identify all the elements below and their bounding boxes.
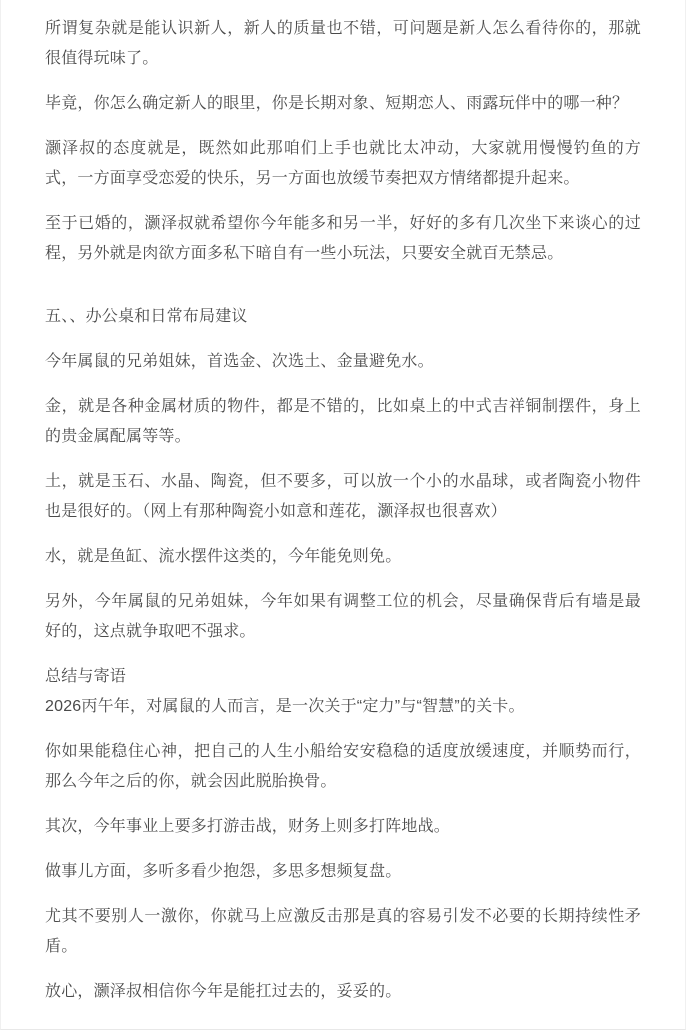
article-page: 所谓复杂就是能认识新人，新人的质量也不错，可问题是新人怎么看待你的，那就很值得玩… [0, 0, 686, 1030]
paragraph: 其次，今年事业上要多打游击战，财务上则多打阵地战。 [45, 812, 641, 842]
paragraph: 至于已婚的，灏泽叔就希望你今年能多和另一半，好好的多有几次坐下来谈心的过程，另外… [45, 209, 641, 269]
paragraph: 金，就是各种金属材质的物件，都是不错的，比如桌上的中式吉祥铜制摆件，身上的贵金属… [45, 392, 641, 452]
paragraph: 放心，灏泽叔相信你今年是能扛过去的，妥妥的。 [45, 977, 641, 1007]
summary-intro: 2026丙午年，对属鼠的人而言，是一次关于“定力”与“智慧”的关卡。 [45, 698, 525, 715]
summary-heading: 总结与寄语 [45, 668, 126, 685]
paragraph: 土，就是玉石、水晶、陶瓷，但不要多，可以放一个小的水晶球，或者陶瓷小物件也是很好… [45, 467, 641, 527]
paragraph: 尤其不要别人一激你，你就马上应激反击那是真的容易引发不必要的长期持续性矛盾。 [45, 902, 641, 962]
paragraph: 灏泽叔的态度就是，既然如此那咱们上手也就比太冲动，大家就用慢慢钓鱼的方式，一方面… [45, 134, 641, 194]
paragraph: 你如果能稳住心神，把自己的人生小船给安安稳稳的适度放缓速度，并顺势而行，那么今年… [45, 737, 641, 797]
paragraph: 毕竟，你怎么确定新人的眼里，你是长期对象、短期恋人、雨露玩伴中的哪一种？ [45, 89, 641, 119]
paragraph: 水，就是鱼缸、流水摆件这类的，今年能免则免。 [45, 542, 641, 572]
paragraph: 所谓复杂就是能认识新人，新人的质量也不错，可问题是新人怎么看待你的，那就很值得玩… [45, 14, 641, 74]
paragraph: 今年属鼠的兄弟姐妹，首选金、次选土、金量避免水。 [45, 347, 641, 377]
paragraph: 做事儿方面，多听多看少抱怨，多思多想频复盘。 [45, 857, 641, 887]
section-heading: 五、、办公桌和日常布局建议 [45, 302, 641, 332]
summary-paragraph: 总结与寄语 2026丙午年，对属鼠的人而言，是一次关于“定力”与“智慧”的关卡。 [45, 662, 641, 722]
paragraph: 另外，今年属鼠的兄弟姐妹，今年如果有调整工位的机会，尽量确保背后有墙是最好的，这… [45, 587, 641, 647]
